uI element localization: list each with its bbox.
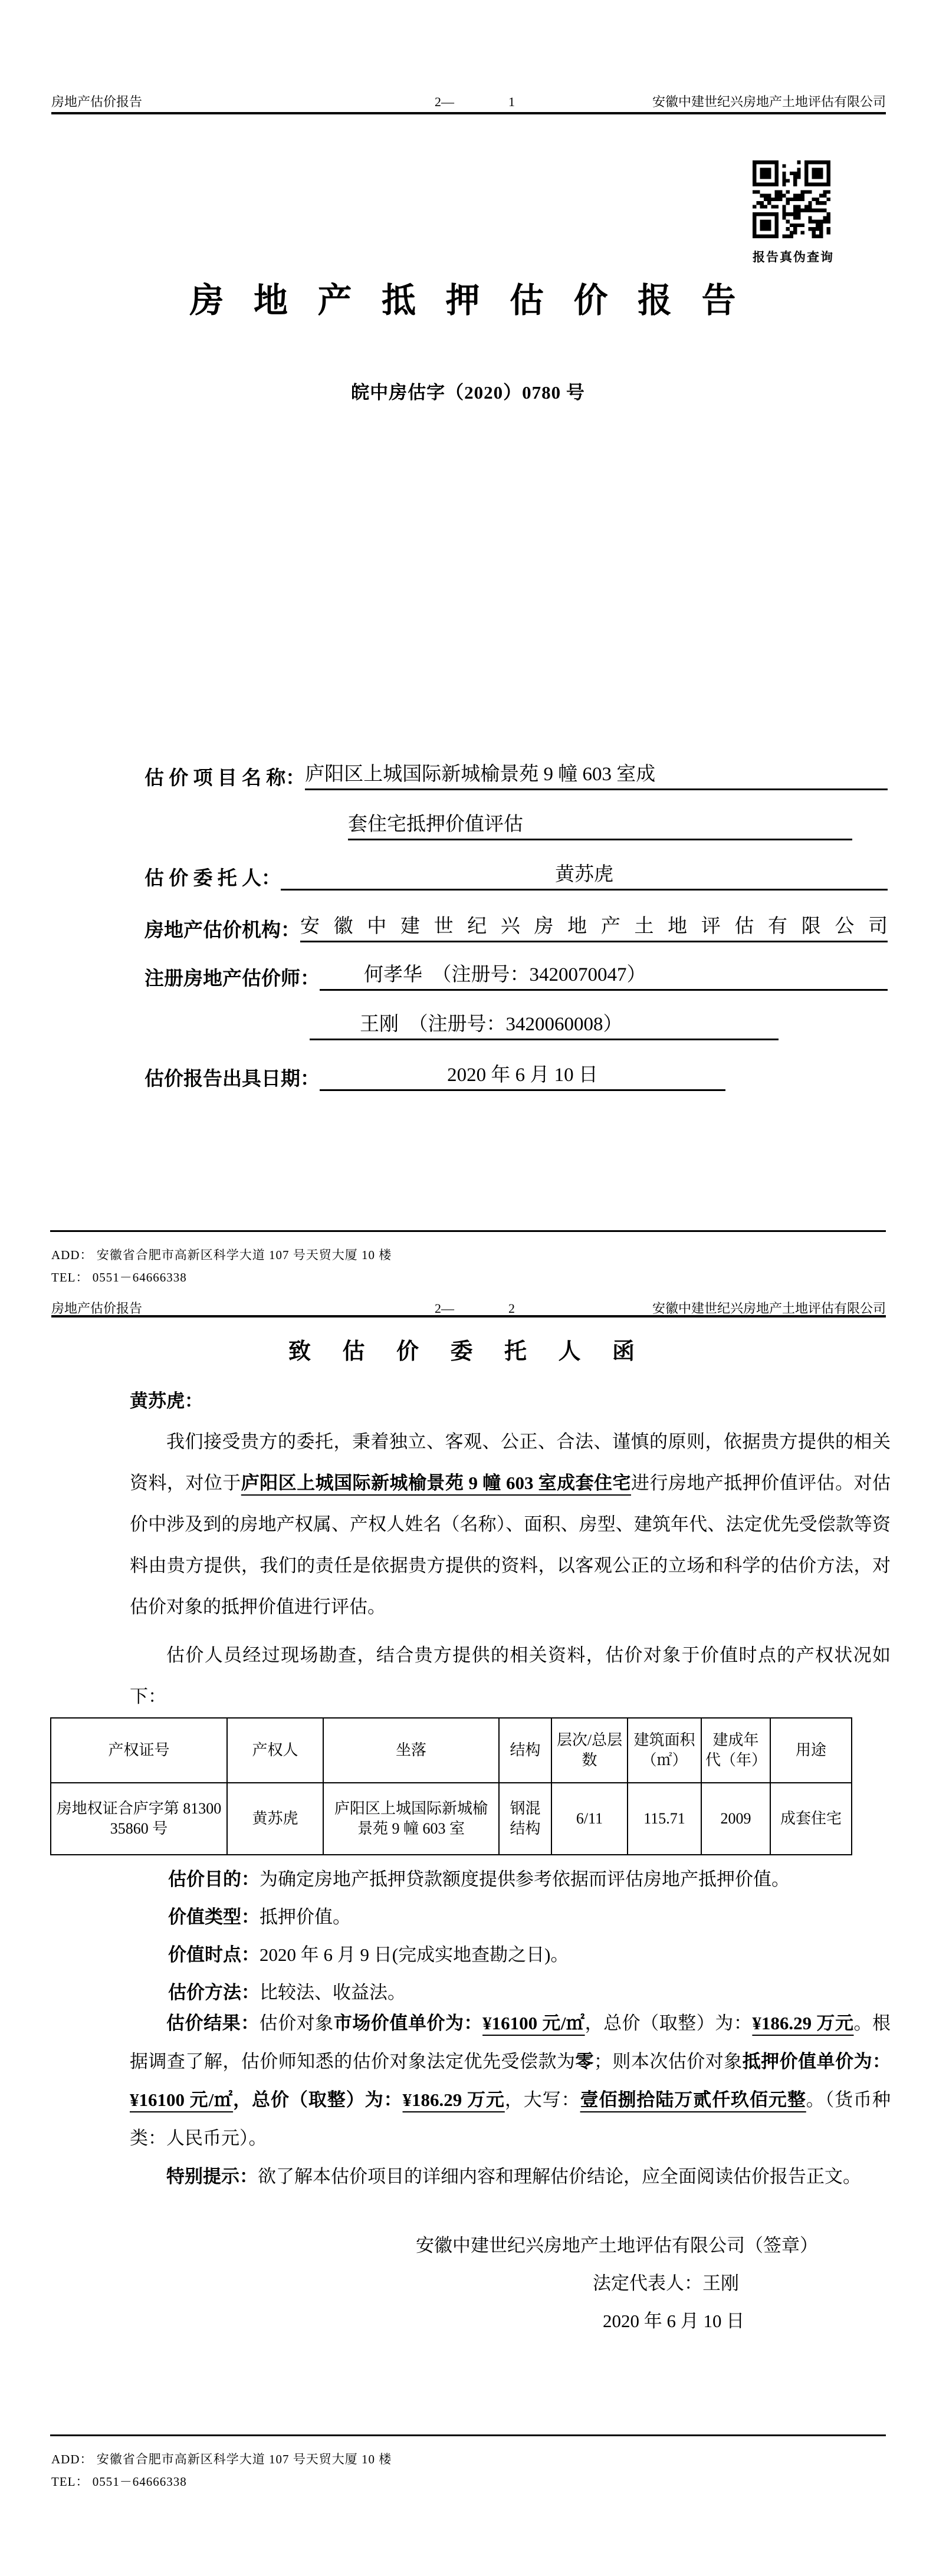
para1-seg-property: 庐阳区上城国际新城榆景苑 9 幢 603 室成套住宅	[241, 1473, 631, 1493]
page1-footer-rule	[50, 1230, 886, 1232]
item-value-type-label: 价值类型：	[168, 1907, 260, 1927]
result-seg2: 估价对象	[260, 2013, 334, 2033]
letter-salutation: 黄苏虎：	[130, 1389, 203, 1413]
item-value-type: 价值类型：抵押价值。	[168, 1898, 790, 1936]
notice-text: 欲了解本估价项目的详细内容和理解估价结论，应全面阅读估价报告正文。	[258, 2166, 861, 2187]
result-zero: 零	[575, 2051, 593, 2072]
page1-header-company: 安徽中建世纪兴房地产土地评估有限公司	[652, 94, 886, 110]
field-project-name: 估 价 项 目 名 称： 庐阳区上城国际新城榆景苑 9 幢 603 室成	[144, 747, 888, 790]
th-floor: 层次/总层数	[551, 1718, 628, 1783]
result-seg3: 市场价值单价为：	[334, 2013, 482, 2033]
report-title: 房 地 产 抵 押 估 价 报 告	[0, 272, 936, 322]
field-project-value-line2: 套住宅抵押价值评估	[348, 809, 852, 840]
th-cert-no: 产权证号	[51, 1718, 227, 1783]
special-notice-paragraph: 特别提示：欲了解本估价项目的详细内容和理解估价结论，应全面阅读估价报告正文。	[130, 2157, 891, 2196]
report-number: 皖中房估字（2020）0780 号	[0, 377, 936, 404]
item-value-type-value: 抵押价值。	[260, 1907, 351, 1927]
field-agency-value: 安徽中建世纪兴房地产土地评估有限公司	[300, 911, 888, 942]
property-table: 产权证号 产权人 坐落 结构 层次/总层数 建筑面积（㎡） 建成年代（年） 用途…	[50, 1717, 852, 1855]
notice-label: 特别提示：	[166, 2166, 258, 2187]
report-document: 房地产估价报告 2— 1 安徽中建世纪兴房地产土地评估有限公司 报告真伪查询 房…	[0, 0, 936, 2576]
td-area: 115.71	[628, 1783, 701, 1855]
result-seg12: ，总价（取整）为：	[233, 2089, 402, 2110]
table-row: 房地权证合庐字第 8130035860 号 黄苏虎 庐阳区上城国际新城榆景苑 9…	[51, 1783, 852, 1855]
result-seg14: ，大写：	[505, 2089, 580, 2110]
field-client: 估 价 委 托 人： 黄苏虎	[144, 847, 888, 891]
page2-header-company: 安徽中建世纪兴房地产土地评估有限公司	[652, 1301, 886, 1316]
page1-footer-address: ADD： 安徽省合肥市高新区科学大道 107 号天贸大厦 10 楼	[51, 1246, 392, 1263]
result-seg10: 抵押价值单价为：	[743, 2051, 891, 2072]
result-seg9: ；则本次估价对象	[594, 2051, 743, 2072]
field-agency-label: 房地产估价机构：	[144, 915, 300, 942]
th-location: 坐落	[323, 1718, 499, 1783]
field-date-value: 2020 年 6 月 10 日	[320, 1059, 725, 1091]
th-area: 建筑面积（㎡）	[628, 1718, 701, 1783]
item-purpose: 估价目的：为确定房地产抵押贷款额度提供参考依据而评估房地产抵押价值。	[168, 1861, 790, 1898]
field-project-name-line2: 套住宅抵押价值评估	[348, 797, 852, 840]
signature-legal-rep: 法定代表人：王刚	[593, 2268, 739, 2295]
property-table-grid: 产权证号 产权人 坐落 结构 层次/总层数 建筑面积（㎡） 建成年代（年） 用途…	[50, 1717, 852, 1855]
result-unit-price-2: ¥16100 元/㎡	[130, 2089, 233, 2110]
table-header-row: 产权证号 产权人 坐落 结构 层次/总层数 建筑面积（㎡） 建成年代（年） 用途	[51, 1718, 852, 1783]
para1-seg-normal-2: 进行房地产抵押价值评估。对估价中涉及到的房地产权属、产权人姓名（名称）、面积、房…	[130, 1473, 891, 1617]
item-purpose-label: 估价目的：	[168, 1869, 260, 1890]
page2-header-page-number: 2	[508, 1301, 515, 1316]
th-structure: 结构	[499, 1718, 551, 1783]
field-appraiser-label: 注册房地产估价师：	[144, 963, 320, 991]
page1-header-page-number: 1	[508, 94, 515, 110]
field-appraiser2-value: 王刚 （注册号：3420060008）	[310, 1008, 779, 1040]
field-appraiser1-value: 何孝华 （注册号：3420070047）	[320, 959, 888, 991]
result-unit-price-1: ¥16100 元/㎡	[482, 2013, 585, 2033]
item-method-label: 估价方法：	[168, 1982, 260, 2003]
page1-header-page-prefix: 2—	[435, 94, 454, 110]
signature-date: 2020 年 6 月 10 日	[603, 2306, 744, 2332]
item-value-date-label: 价值时点：	[168, 1944, 260, 1965]
th-use: 用途	[770, 1718, 852, 1783]
field-date-label: 估价报告出具日期：	[144, 1063, 320, 1091]
field-project-value-line1: 庐阳区上城国际新城榆景苑 9 幢 603 室成	[305, 758, 888, 790]
result-total-price-2: ¥186.29 万元	[403, 2089, 505, 2110]
page-2: 房地产估价报告 2— 2 安徽中建世纪兴房地产土地评估有限公司 致 估 价 委 …	[0, 1274, 936, 2576]
td-year-built: 2009	[701, 1783, 770, 1855]
item-value-date-value: 2020 年 6 月 9 日(完成实地查勘之日)。	[260, 1944, 569, 1965]
td-location: 庐阳区上城国际新城榆景苑 9 幢 603 室	[323, 1783, 499, 1855]
page2-footer-address: ADD： 安徽省合肥市高新区科学大道 107 号天贸大厦 10 楼	[51, 2450, 392, 2467]
item-method-value: 比较法、收益法。	[260, 1982, 406, 2003]
qr-code	[753, 160, 830, 238]
letter-paragraph-1: 我们接受贵方的委托，秉着独立、客观、公正、合法、谨慎的原则，依据贵方提供的相关资…	[130, 1421, 891, 1628]
page2-footer-phone: TEL： 0551－64666338	[51, 2472, 187, 2490]
td-use: 成套住宅	[770, 1783, 852, 1855]
letter-title: 致 估 价 委 托 人 函	[0, 1333, 936, 1365]
page2-header-doc-type: 房地产估价报告	[51, 1301, 142, 1316]
result-label: 估价结果：	[166, 2013, 260, 2033]
td-structure: 钢混结构	[499, 1783, 551, 1855]
result-amount-words: 壹佰捌拾陆万贰仟玖佰元整	[580, 2089, 806, 2110]
page2-header-page-prefix: 2—	[435, 1301, 454, 1316]
page2-header-rule	[51, 1315, 886, 1317]
field-report-date: 估价报告出具日期： 2020 年 6 月 10 日	[144, 1047, 725, 1091]
field-agency: 房地产估价机构： 安徽中建世纪兴房地产土地评估有限公司	[144, 899, 888, 942]
th-year-built: 建成年代（年）	[701, 1718, 770, 1783]
field-appraiser-2: 王刚 （注册号：3420060008）	[310, 997, 779, 1040]
qr-caption: 报告真伪查询	[753, 248, 830, 265]
page1-header-doc-type: 房地产估价报告	[51, 94, 142, 110]
page2-footer-rule	[50, 2434, 886, 2436]
item-purpose-value: 为确定房地产抵押贷款额度提供参考依据而评估房地产抵押价值。	[260, 1869, 790, 1890]
td-floor: 6/11	[551, 1783, 628, 1855]
field-client-value: 黄苏虎	[281, 859, 888, 891]
th-owner: 产权人	[227, 1718, 323, 1783]
letter-paragraph-2: 估价人员经过现场勘查，结合贵方提供的相关资料，估价对象于价值时点的产权状况如下：	[130, 1635, 891, 1717]
page1-header-rule	[51, 112, 886, 114]
field-appraiser-1: 注册房地产估价师： 何孝华 （注册号：3420070047）	[144, 947, 888, 991]
item-value-date: 价值时点：2020 年 6 月 9 日(完成实地查勘之日)。	[168, 1936, 790, 1974]
td-owner: 黄苏虎	[227, 1783, 323, 1855]
appraisal-items: 估价目的：为确定房地产抵押贷款额度提供参考依据而评估房地产抵押价值。 价值类型：…	[168, 1861, 790, 2012]
field-client-label: 估 价 委 托 人：	[144, 863, 281, 891]
result-seg5: ，总价（取整）为：	[585, 2013, 753, 2033]
appraisal-result-paragraph: 估价结果：估价对象市场价值单价为：¥16100 元/㎡，总价（取整）为：¥186…	[130, 2004, 891, 2157]
field-project-label: 估 价 项 目 名 称：	[144, 763, 305, 790]
td-cert-no: 房地权证合庐字第 8130035860 号	[51, 1783, 227, 1855]
page-1: 房地产估价报告 2— 1 安徽中建世纪兴房地产土地评估有限公司 报告真伪查询 房…	[0, 0, 936, 1274]
signature-company: 安徽中建世纪兴房地产土地评估有限公司（签章）	[416, 2230, 818, 2257]
result-total-price-1: ¥186.29 万元	[752, 2013, 853, 2033]
